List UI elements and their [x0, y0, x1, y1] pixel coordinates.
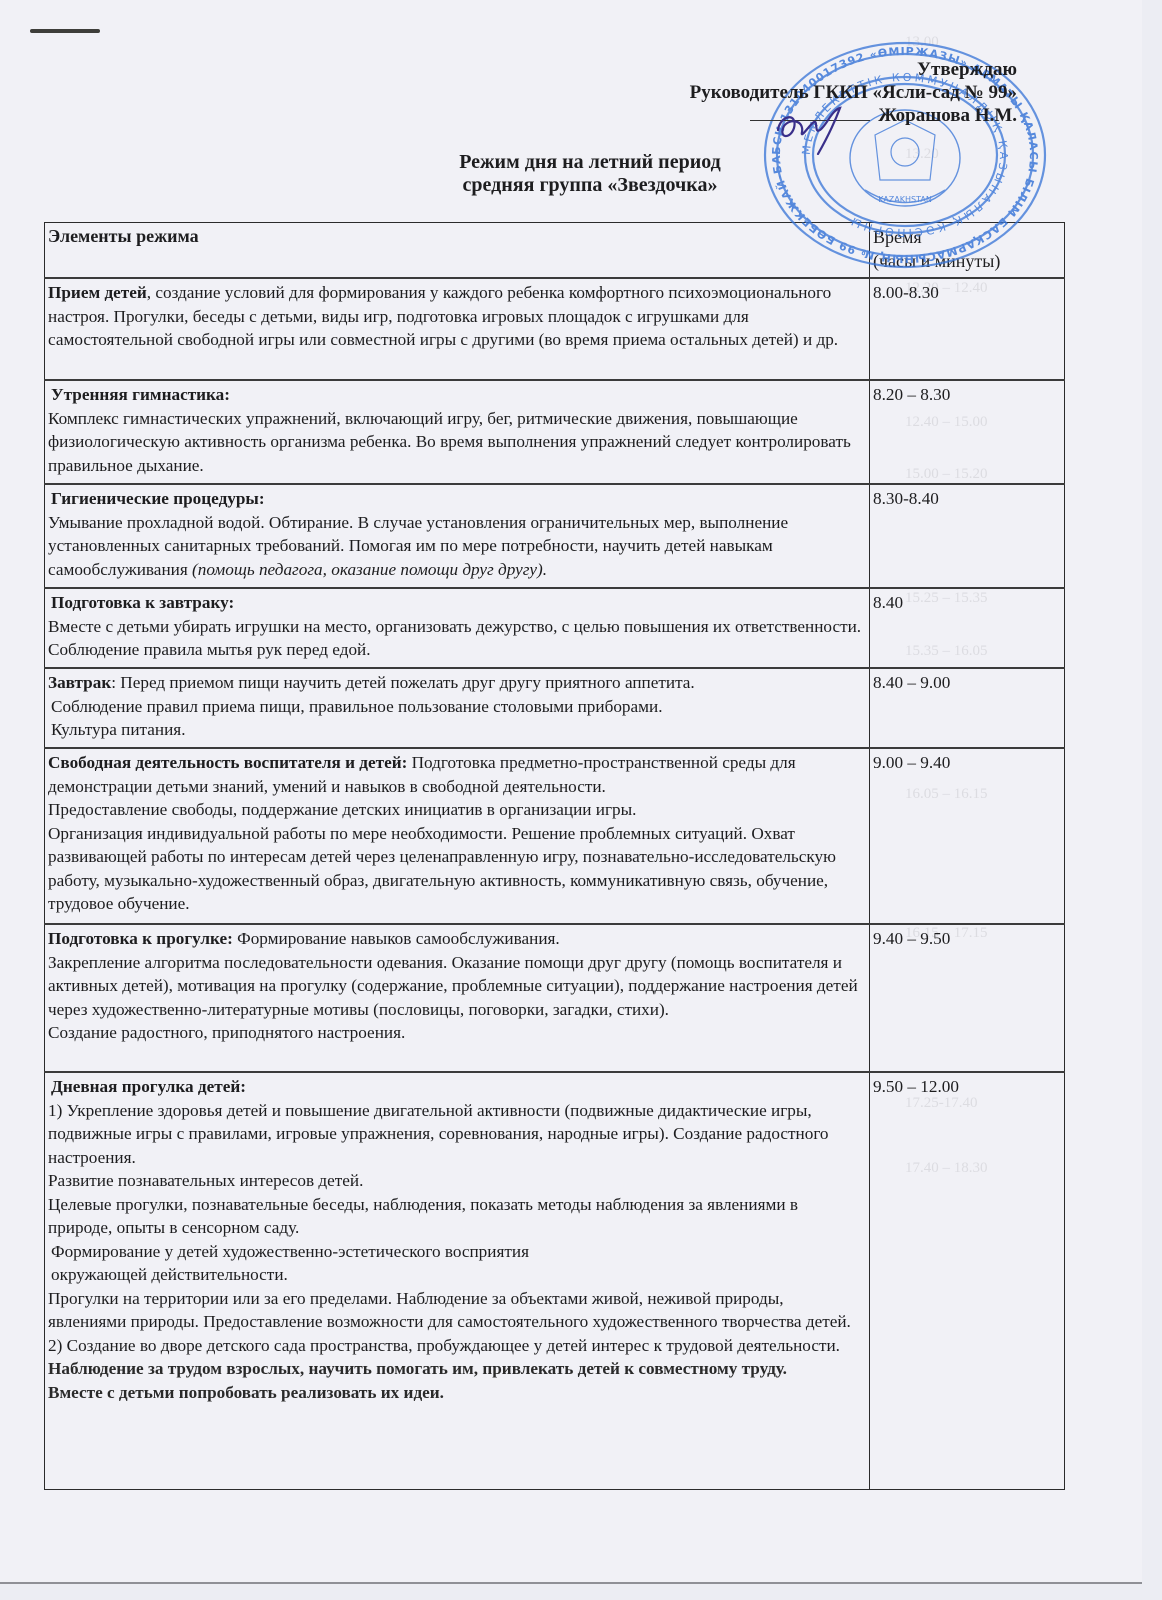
row-element: Дневная прогулка детей: 1) Укрепление зд… — [45, 1072, 870, 1490]
row-text: : Перед приемом пищи научить детей пожел… — [111, 673, 695, 692]
table-row: Завтрак: Перед приемом пищи научить дете… — [45, 668, 1065, 748]
row-text: Целевые прогулки, познавательные беседы,… — [48, 1193, 866, 1240]
row-text-bold: Вместе с детьми попробовать реализовать … — [48, 1381, 866, 1405]
row-text: Закрепление алгоритма последовательности… — [48, 951, 866, 1022]
signature-line — [750, 106, 870, 121]
daily-schedule-table: Элементы режима Время (часы и минуты) Пр… — [44, 222, 1065, 1490]
row-text: Формирование навыков самообслуживания. — [233, 929, 560, 948]
row-element: Завтрак: Перед приемом пищи научить дете… — [45, 668, 870, 748]
row-title: Гигиенические процедуры: — [48, 487, 866, 511]
bleed-through-text: 13.00 — [905, 34, 939, 51]
row-title: Прием детей — [48, 283, 147, 302]
row-element: Прием детей, создание условий для формир… — [45, 278, 870, 380]
row-text: , создание условий для формирования у ка… — [48, 283, 838, 349]
table-row: Прием детей, создание условий для формир… — [45, 278, 1065, 380]
row-time: 8.40 — [870, 588, 1065, 668]
scan-mark — [30, 29, 100, 33]
header-time: Время (часы и минуты) — [870, 223, 1065, 279]
row-title: Завтрак — [48, 673, 111, 692]
document-page: 13.00 13.20 12.20 – 12.40 12.40 – 15.00 … — [0, 0, 1142, 1584]
row-text: Развитие познавательных интересов детей. — [48, 1169, 866, 1193]
table-header-row: Элементы режима Время (часы и минуты) — [45, 223, 1065, 279]
table-row: Подготовка к завтраку: Вместе с детьми у… — [45, 588, 1065, 668]
table-row: Утренняя гимнастика: Комплекс гимнастиче… — [45, 380, 1065, 484]
row-text: Формирование у детей художественно-эстет… — [48, 1240, 866, 1264]
svg-text:KAZAKHSTAN: KAZAKHSTAN — [878, 195, 932, 204]
bleed-through-text: 13.20 — [905, 146, 939, 163]
table-row: Дневная прогулка детей: 1) Укрепление зд… — [45, 1072, 1065, 1490]
row-element: Свободная деятельность воспитателя и дет… — [45, 748, 870, 924]
row-element: Подготовка к завтраку: Вместе с детьми у… — [45, 588, 870, 668]
row-element: Утренняя гимнастика: Комплекс гимнастиче… — [45, 380, 870, 484]
header-time-line-2: (часы и минуты) — [873, 249, 1061, 273]
row-title: Подготовка к завтраку: — [48, 591, 866, 615]
row-text: 1) Укрепление здоровья детей и повышение… — [48, 1099, 866, 1170]
row-time: 8.30-8.40 — [870, 484, 1065, 588]
row-text: Вместе с детьми убирать игрушки на место… — [48, 615, 866, 662]
title-line-2: средняя группа «Звездочка» — [380, 174, 800, 197]
row-text: 2) Создание во дворе детского сада прост… — [48, 1334, 866, 1358]
table-row: Подготовка к прогулке: Формирование навы… — [45, 924, 1065, 1072]
table-row: Свободная деятельность воспитателя и дет… — [45, 748, 1065, 924]
row-title: Подготовка к прогулке: — [48, 929, 233, 948]
approver-name: Жорашова Н.М. — [878, 105, 1017, 126]
row-text: Соблюдение правил приема пищи, правильно… — [48, 695, 866, 719]
approval-block: Утверждаю Руководитель ГККП «Ясли-сад № … — [690, 58, 1017, 127]
row-text: Комплекс гимнастических упражнений, вклю… — [48, 407, 866, 478]
approver-position: Руководитель ГККП «Ясли-сад № 99» — [690, 81, 1017, 104]
approver-name-line: Жорашова Н.М. — [690, 104, 1017, 127]
row-text: Организация индивидуальной работы по мер… — [48, 822, 866, 916]
row-text: окружающей действительности. — [48, 1263, 866, 1287]
row-text: Создание радостного, приподнятого настро… — [48, 1021, 866, 1045]
title-line-1: Режим дня на летний период — [380, 151, 800, 174]
row-element: Подготовка к прогулке: Формирование навы… — [45, 924, 870, 1072]
approval-label: Утверждаю — [690, 58, 1017, 81]
row-text: Предоставление свободы, поддержание детс… — [48, 798, 866, 822]
row-text: Прогулки на территории или за его предел… — [48, 1287, 866, 1334]
row-time: 8.20 – 8.30 — [870, 380, 1065, 484]
document-title: Режим дня на летний период средняя групп… — [380, 151, 800, 197]
row-text: Культура питания. — [48, 718, 866, 742]
row-title: Свободная деятельность воспитателя и дет… — [48, 753, 407, 772]
header-elements: Элементы режима — [45, 223, 870, 279]
row-title: Утренняя гимнастика: — [48, 383, 866, 407]
row-time: 9.50 – 12.00 — [870, 1072, 1065, 1490]
row-element: Гигиенические процедуры: Умывание прохла… — [45, 484, 870, 588]
table-row: Гигиенические процедуры: Умывание прохла… — [45, 484, 1065, 588]
row-time: 8.40 – 9.00 — [870, 668, 1065, 748]
row-time: 9.40 – 9.50 — [870, 924, 1065, 1072]
row-text-italic: (помощь педагога, оказание помощи друг д… — [192, 560, 547, 579]
row-text-bold: Наблюдение за трудом взрослых, научить п… — [48, 1357, 866, 1381]
header-time-line-1: Время — [873, 225, 1061, 249]
row-time: 8.00-8.30 — [870, 278, 1065, 380]
row-title: Дневная прогулка детей: — [48, 1075, 866, 1099]
row-time: 9.00 – 9.40 — [870, 748, 1065, 924]
